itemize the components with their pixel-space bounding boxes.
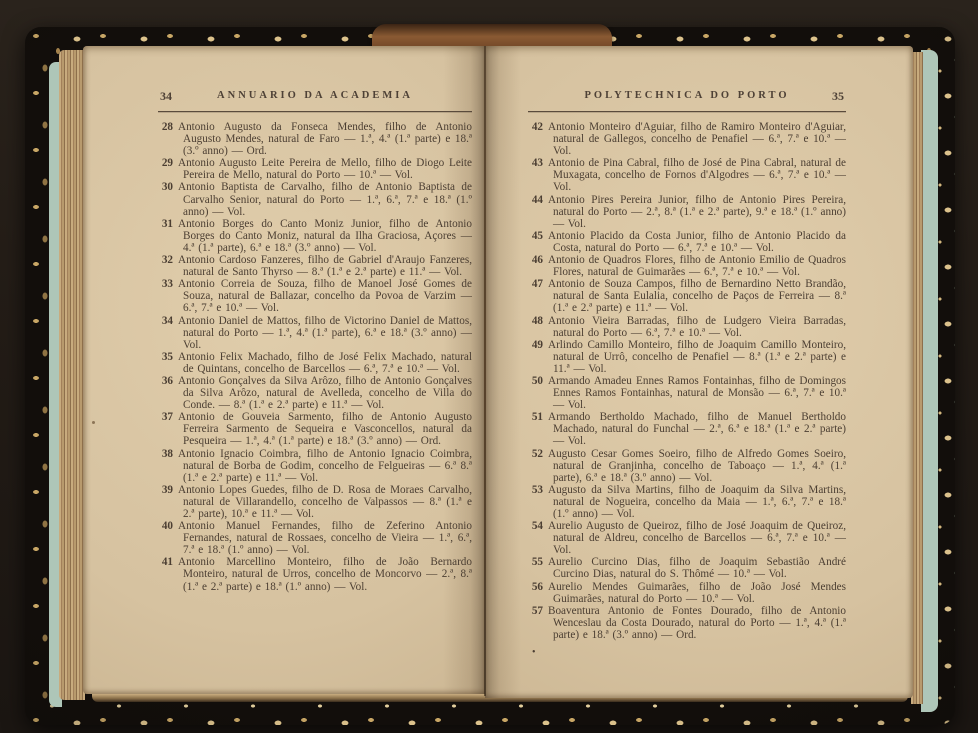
right-page-content: POLYTECHNICA DO PORTO 35 42Antonio Monte… xyxy=(528,90,846,658)
entry-number: 44 xyxy=(528,194,543,206)
register-entry: 36Antonio Gonçalves da Silva Arôzo, filh… xyxy=(158,375,472,411)
entry-number: 57 xyxy=(528,605,543,617)
entry-number: 43 xyxy=(528,157,543,169)
register-entry: 41Antonio Marcellino Monteiro, filho de … xyxy=(158,556,472,592)
register-entry: 29Antonio Augusto Leite Pereira de Mello… xyxy=(158,157,472,181)
register-entry: 51Armando Bertholdo Machado, filho de Ma… xyxy=(528,411,846,447)
register-entry: 42Antonio Monteiro d'Aguiar, filho de Ra… xyxy=(528,121,846,157)
register-entry: 31Antonio Borges do Canto Moniz Junior, … xyxy=(158,218,472,254)
entry-number: 32 xyxy=(158,254,173,266)
register-entry: 48Antonio Vieira Barradas, filho de Ludg… xyxy=(528,315,846,339)
left-running-title: ANNUARIO DA ACADEMIA xyxy=(158,90,472,101)
entry-number: 28 xyxy=(158,121,173,133)
register-entry: 56Aurelio Mendes Guimarães, filho de Joã… xyxy=(528,581,846,605)
entry-number: 51 xyxy=(528,411,543,423)
entry-text: Arlindo Camillo Monteiro, filho de Joaqu… xyxy=(548,339,846,375)
entry-number: 55 xyxy=(528,556,543,568)
entry-text: Aurelio Mendes Guimarães, filho de João … xyxy=(548,581,846,605)
footnote-asterisk: • xyxy=(532,648,846,658)
entry-number: 35 xyxy=(158,351,173,363)
entry-text: Antonio Pires Pereira Junior, filho de A… xyxy=(548,194,846,230)
register-entry: 44Antonio Pires Pereira Junior, filho de… xyxy=(528,194,846,230)
register-entry: 57Boaventura Antonio de Fontes Dourado, … xyxy=(528,605,846,641)
entry-text: Antonio Vieira Barradas, filho de Ludger… xyxy=(548,315,846,339)
register-entry: 50Armando Amadeu Ennes Ramos Fontainhas,… xyxy=(528,375,846,411)
entry-text: Augusto da Silva Martins, filho de Joaqu… xyxy=(548,484,846,520)
entry-text: Antonio Cardoso Fanzeres, filho de Gabri… xyxy=(178,254,472,278)
entry-number: 47 xyxy=(528,278,543,290)
endpaper-right xyxy=(921,50,938,712)
register-entry: 37Antonio de Gouveia Sarmento, filho de … xyxy=(158,411,472,447)
entry-text: Antonio de Souza Campos, filho de Bernar… xyxy=(548,278,846,314)
register-entry: 49Arlindo Camillo Monteiro, filho de Joa… xyxy=(528,339,846,375)
register-entry: 40Antonio Manuel Fernandes, filho de Zef… xyxy=(158,520,472,556)
right-header-rule xyxy=(528,111,846,112)
left-page-header: 34 ANNUARIO DA ACADEMIA xyxy=(158,90,472,106)
entry-text: Armando Bertholdo Machado, filho de Manu… xyxy=(548,411,846,447)
entry-text: Antonio Ignacio Coimbra, filho de Antoni… xyxy=(178,448,472,484)
register-entry: 47Antonio de Souza Campos, filho de Bern… xyxy=(528,278,846,314)
register-entry: 33Antonio Correia de Souza, filho de Man… xyxy=(158,278,472,314)
entry-number: 41 xyxy=(158,556,173,568)
register-entry: 46Antonio de Quadros Flores, filho de An… xyxy=(528,254,846,278)
entry-number: 40 xyxy=(158,520,173,532)
paper-speck xyxy=(92,421,95,424)
entry-number: 45 xyxy=(528,230,543,242)
register-entry: 38Antonio Ignacio Coimbra, filho de Anto… xyxy=(158,448,472,484)
entry-text: Antonio Marcellino Monteiro, filho de Jo… xyxy=(178,556,472,592)
entry-number: 36 xyxy=(158,375,173,387)
entry-number: 56 xyxy=(528,581,543,593)
entry-text: Antonio Borges do Canto Moniz Junior, fi… xyxy=(178,218,472,254)
entry-number: 54 xyxy=(528,520,543,532)
entry-text: Antonio Lopes Guedes, filho de D. Rosa d… xyxy=(178,484,472,520)
entry-number: 39 xyxy=(158,484,173,496)
entry-text: Antonio Augusto Leite Pereira de Mello, … xyxy=(178,157,472,181)
entry-number: 49 xyxy=(528,339,543,351)
register-entry: 39Antonio Lopes Guedes, filho de D. Rosa… xyxy=(158,484,472,520)
entry-text: Antonio de Pina Cabral, filho de José de… xyxy=(548,157,846,193)
entry-text: Antonio Manuel Fernandes, filho de Zefer… xyxy=(178,520,472,556)
entry-text: Aurelio Augusto de Queiroz, filho de Jos… xyxy=(548,520,846,556)
entry-text: Antonio Baptista de Carvalho, filho de A… xyxy=(178,181,472,217)
register-entry: 43Antonio de Pina Cabral, filho de José … xyxy=(528,157,846,193)
left-header-rule xyxy=(158,111,472,112)
register-entry: 35Antonio Felix Machado, filho de José F… xyxy=(158,351,472,375)
left-entries-list: 28Antonio Augusto da Fonseca Mendes, fil… xyxy=(158,121,472,593)
entry-number: 30 xyxy=(158,181,173,193)
entry-number: 37 xyxy=(158,411,173,423)
register-entry: 34Antonio Daniel de Mattos, filho de Vic… xyxy=(158,315,472,351)
entry-number: 48 xyxy=(528,315,543,327)
entry-number: 52 xyxy=(528,448,543,460)
entry-text: Antonio Daniel de Mattos, filho de Victo… xyxy=(178,315,472,351)
gutter-line xyxy=(484,46,486,696)
register-entry: 32Antonio Cardoso Fanzeres, filho de Gab… xyxy=(158,254,472,278)
register-entry: 45Antonio Placido da Costa Junior, filho… xyxy=(528,230,846,254)
entry-text: Augusto Cesar Gomes Soeiro, filho de Alf… xyxy=(548,448,846,484)
entry-number: 33 xyxy=(158,278,173,290)
entry-text: Antonio Correia de Souza, filho de Manoe… xyxy=(178,278,472,314)
page-edge-stack-left xyxy=(59,50,85,700)
entry-number: 53 xyxy=(528,484,543,496)
entry-text: Antonio de Gouveia Sarmento, filho de An… xyxy=(178,411,472,447)
register-entry: 55Aurelio Curcino Dias, filho de Joaquim… xyxy=(528,556,846,580)
register-entry: 52Augusto Cesar Gomes Soeiro, filho de A… xyxy=(528,448,846,484)
entry-number: 50 xyxy=(528,375,543,387)
right-entries-list: 42Antonio Monteiro d'Aguiar, filho de Ra… xyxy=(528,121,846,641)
entry-text: Antonio de Quadros Flores, filho de Anto… xyxy=(548,254,846,278)
entry-number: 46 xyxy=(528,254,543,266)
entry-text: Antonio Augusto da Fonseca Mendes, filho… xyxy=(178,121,472,157)
entry-number: 38 xyxy=(158,448,173,460)
entry-number: 34 xyxy=(158,315,173,327)
entry-text: Aurelio Curcino Dias, filho de Joaquim S… xyxy=(548,556,846,580)
register-entry: 30Antonio Baptista de Carvalho, filho de… xyxy=(158,181,472,217)
open-book-photo: 34 ANNUARIO DA ACADEMIA 28Antonio August… xyxy=(0,0,978,733)
right-running-title: POLYTECHNICA DO PORTO xyxy=(528,90,846,101)
gutter-shadow-right xyxy=(485,46,521,698)
entry-text: Antonio Monteiro d'Aguiar, filho de Rami… xyxy=(548,121,846,157)
entry-text: Antonio Placido da Costa Junior, filho d… xyxy=(548,230,846,254)
entry-number: 29 xyxy=(158,157,173,169)
entry-number: 42 xyxy=(528,121,543,133)
right-page-number: 35 xyxy=(832,89,844,104)
entry-number: 31 xyxy=(158,218,173,230)
register-entry: 54Aurelio Augusto de Queiroz, filho de J… xyxy=(528,520,846,556)
entry-text: Armando Amadeu Ennes Ramos Fontainhas, f… xyxy=(548,375,846,411)
entry-text: Antonio Gonçalves da Silva Arôzo, filho … xyxy=(178,375,472,411)
entry-text: Boaventura Antonio de Fontes Dourado, fi… xyxy=(548,605,846,641)
right-page-header: POLYTECHNICA DO PORTO 35 xyxy=(528,90,846,106)
register-entry: 28Antonio Augusto da Fonseca Mendes, fil… xyxy=(158,121,472,157)
left-page-content: 34 ANNUARIO DA ACADEMIA 28Antonio August… xyxy=(158,90,472,593)
register-entry: 53Augusto da Silva Martins, filho de Joa… xyxy=(528,484,846,520)
entry-text: Antonio Felix Machado, filho de José Fel… xyxy=(178,351,472,375)
